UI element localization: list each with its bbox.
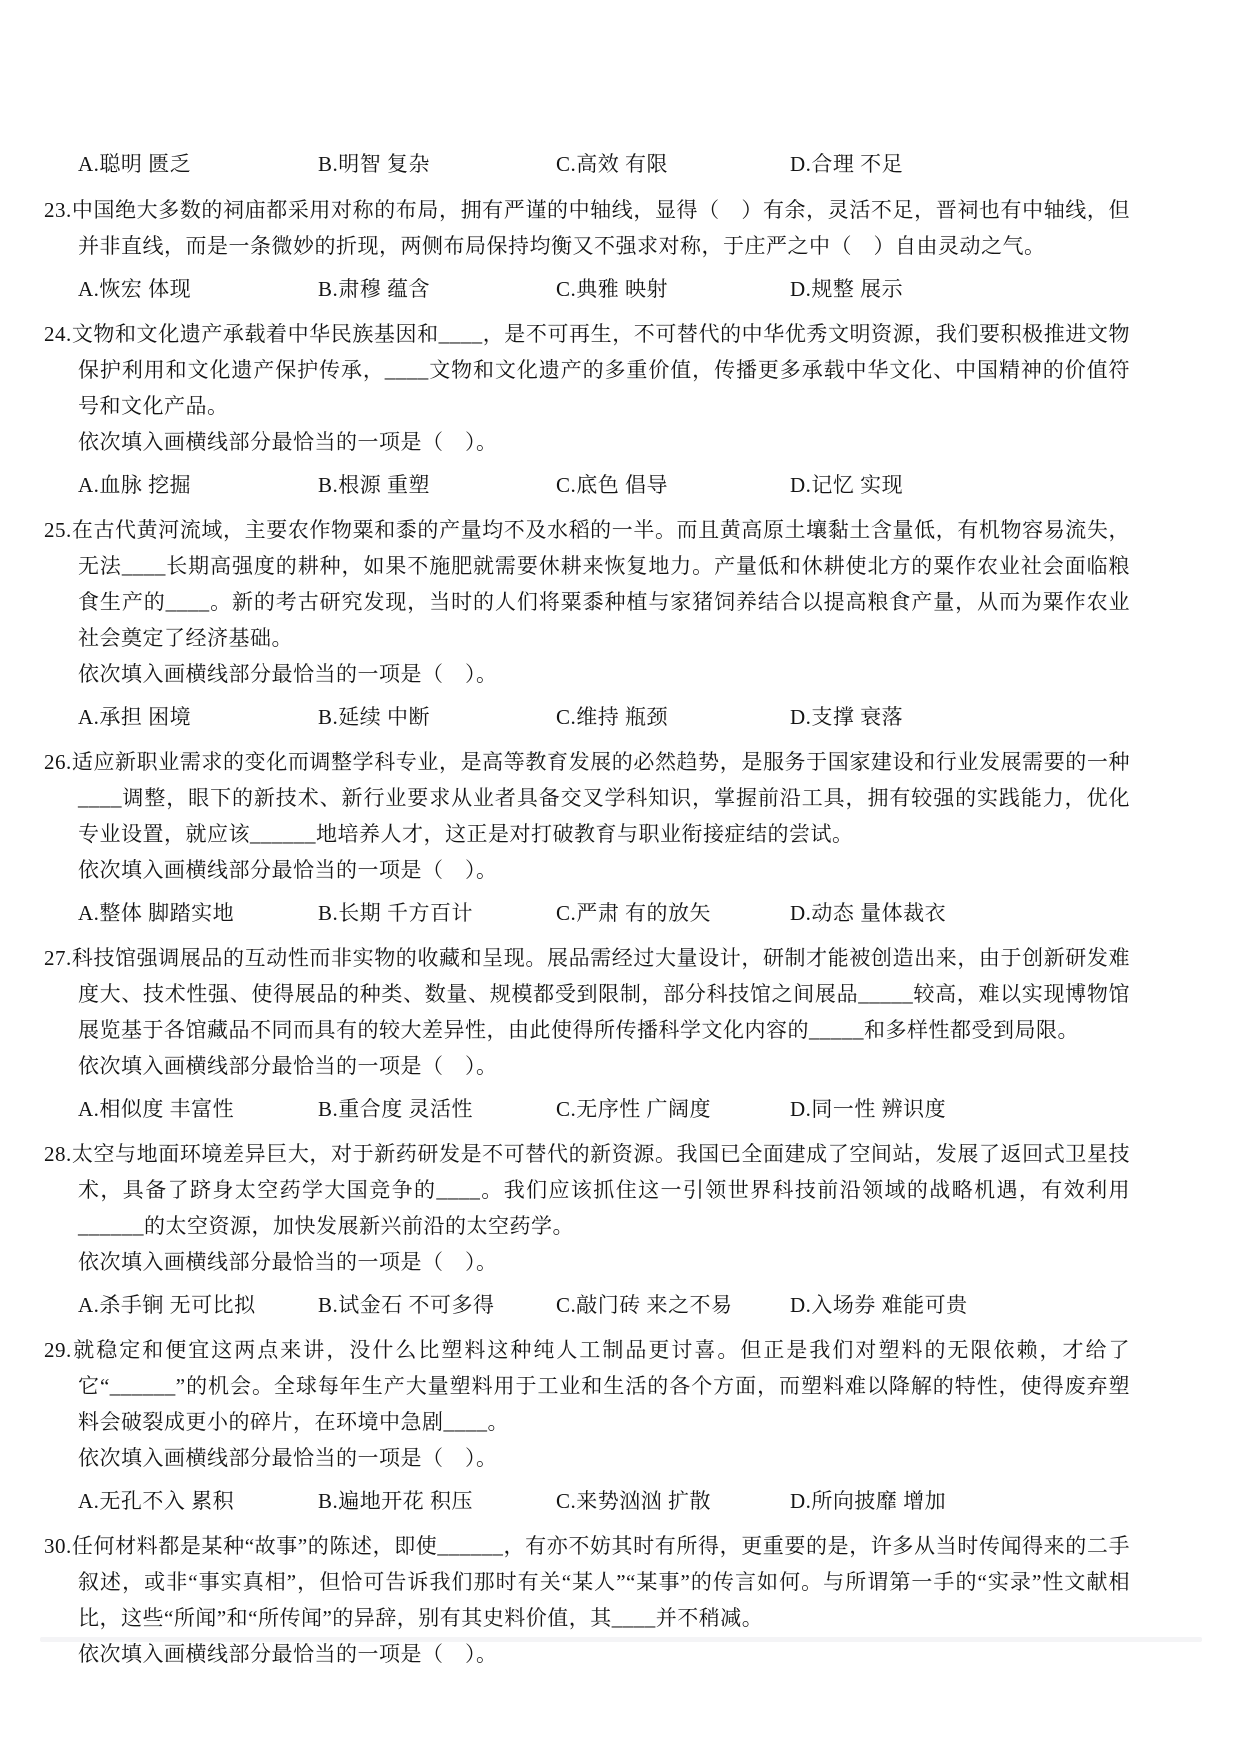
option-d: D.记忆 实现 (790, 471, 1130, 499)
question-body: 科技馆强调展品的互动性而非实物的收藏和呈现。展品需经过大量设计，研制才能被创造出… (72, 946, 1130, 1042)
fill-prompt: 依次填入画横线部分最恰当的一项是（ ）。 (44, 1048, 1130, 1084)
option-b: B.遍地开花 积压 (318, 1487, 556, 1515)
question-body: 就稳定和便宜这两点来讲，没什么比塑料这种纯人工制品更讨喜。但正是我们对塑料的无限… (72, 1338, 1130, 1434)
fill-prompt: 依次填入画横线部分最恰当的一项是（ ）。 (44, 656, 1130, 692)
question-text: 26.适应新职业需求的变化而调整学科专业，是高等教育发展的必然趋势，是服务于国家… (44, 744, 1130, 852)
option-b: B.长期 千方百计 (318, 899, 556, 927)
question-body: 中国绝大多数的祠庙都采用对称的布局，拥有严谨的中轴线，显得（ ）有余，灵活不足，… (72, 198, 1130, 258)
option-d: D.入场券 难能可贵 (790, 1291, 1130, 1319)
question-text: 29.就稳定和便宜这两点来讲，没什么比塑料这种纯人工制品更讨喜。但正是我们对塑料… (44, 1332, 1130, 1440)
options-row: A.恢宏 体现 B.肃穆 蕴含 C.典雅 映射 D.规整 展示 (44, 275, 1130, 303)
option-b: B.根源 重塑 (318, 471, 556, 499)
option-b: B.明智 复杂 (318, 150, 556, 178)
options-row: A.整体 脚踏实地 B.长期 千方百计 C.严肃 有的放矢 D.动态 量体裁衣 (44, 899, 1130, 927)
fill-prompt: 依次填入画横线部分最恰当的一项是（ ）。 (44, 1440, 1130, 1476)
question-24: 24.文物和文化遗产承载着中华民族基因和____，是不可再生，不可替代的中华优秀… (44, 316, 1130, 499)
question-number: 28. (44, 1142, 72, 1166)
option-a: A.无孔不入 累积 (78, 1487, 318, 1515)
question-30: 30.任何材料都是某种“故事”的陈述，即使______，有亦不妨其时有所得，更重… (44, 1528, 1130, 1672)
option-a: A.承担 困境 (78, 703, 318, 731)
question-27: 27.科技馆强调展品的互动性而非实物的收藏和呈现。展品需经过大量设计，研制才能被… (44, 940, 1130, 1123)
option-a: A.杀手锏 无可比拟 (78, 1291, 318, 1319)
options-row: A.承担 困境 B.延续 中断 C.维持 瓶颈 D.支撑 衰落 (44, 703, 1130, 731)
question-number: 29. (44, 1338, 72, 1362)
option-b: B.重合度 灵活性 (318, 1095, 556, 1123)
options-row: A.相似度 丰富性 B.重合度 灵活性 C.无序性 广阔度 D.同一性 辨识度 (44, 1095, 1130, 1123)
exam-page: A.聪明 匮乏 B.明智 复杂 C.高效 有限 D.合理 不足 23.中国绝大多… (0, 0, 1240, 1754)
question-text: 24.文物和文化遗产承载着中华民族基因和____，是不可再生，不可替代的中华优秀… (44, 316, 1130, 424)
question-body: 文物和文化遗产承载着中华民族基因和____，是不可再生，不可替代的中华优秀文明资… (72, 322, 1130, 418)
question-body: 任何材料都是某种“故事”的陈述，即使______，有亦不妨其时有所得，更重要的是… (72, 1534, 1130, 1630)
option-b: B.肃穆 蕴含 (318, 275, 556, 303)
question-23: 23.中国绝大多数的祠庙都采用对称的布局，拥有严谨的中轴线，显得（ ）有余，灵活… (44, 192, 1130, 303)
option-d: D.规整 展示 (790, 275, 1130, 303)
question-body: 适应新职业需求的变化而调整学科专业，是高等教育发展的必然趋势，是服务于国家建设和… (72, 750, 1130, 846)
option-a: A.血脉 挖掘 (78, 471, 318, 499)
question-text: 30.任何材料都是某种“故事”的陈述，即使______，有亦不妨其时有所得，更重… (44, 1528, 1130, 1636)
option-c: C.无序性 广阔度 (556, 1095, 790, 1123)
option-c: C.底色 倡导 (556, 471, 790, 499)
option-c: C.严肃 有的放矢 (556, 899, 790, 927)
fill-prompt: 依次填入画横线部分最恰当的一项是（ ）。 (44, 1244, 1130, 1280)
option-c: C.典雅 映射 (556, 275, 790, 303)
option-c: C.敲门砖 来之不易 (556, 1291, 790, 1319)
options-row: A.杀手锏 无可比拟 B.试金石 不可多得 C.敲门砖 来之不易 D.入场券 难… (44, 1291, 1130, 1319)
options-row-q22: A.聪明 匮乏 B.明智 复杂 C.高效 有限 D.合理 不足 (44, 150, 1130, 178)
question-number: 23. (44, 198, 72, 222)
option-b: B.延续 中断 (318, 703, 556, 731)
question-text: 23.中国绝大多数的祠庙都采用对称的布局，拥有严谨的中轴线，显得（ ）有余，灵活… (44, 192, 1130, 264)
question-text: 27.科技馆强调展品的互动性而非实物的收藏和呈现。展品需经过大量设计，研制才能被… (44, 940, 1130, 1048)
question-28: 28.太空与地面环境差异巨大，对于新药研发是不可替代的新资源。我国已全面建成了空… (44, 1136, 1130, 1319)
question-text: 25.在古代黄河流域，主要农作物粟和黍的产量均不及水稻的一半。而且黄高原土壤黏土… (44, 512, 1130, 656)
option-a: A.聪明 匮乏 (78, 150, 318, 178)
question-29: 29.就稳定和便宜这两点来讲，没什么比塑料这种纯人工制品更讨喜。但正是我们对塑料… (44, 1332, 1130, 1515)
option-d: D.支撑 衰落 (790, 703, 1130, 731)
options-row: A.无孔不入 累积 B.遍地开花 积压 C.来势汹汹 扩散 D.所向披靡 增加 (44, 1487, 1130, 1515)
exam-content: A.聪明 匮乏 B.明智 复杂 C.高效 有限 D.合理 不足 23.中国绝大多… (44, 150, 1130, 1676)
question-number: 27. (44, 946, 72, 970)
question-number: 25. (44, 518, 72, 542)
option-d: D.所向披靡 增加 (790, 1487, 1130, 1515)
option-a: A.整体 脚踏实地 (78, 899, 318, 927)
question-body: 太空与地面环境差异巨大，对于新药研发是不可替代的新资源。我国已全面建成了空间站，… (72, 1142, 1130, 1238)
option-d: D.同一性 辨识度 (790, 1095, 1130, 1123)
option-a: A.相似度 丰富性 (78, 1095, 318, 1123)
fill-prompt: 依次填入画横线部分最恰当的一项是（ ）。 (44, 852, 1130, 888)
option-d: D.动态 量体裁衣 (790, 899, 1130, 927)
question-number: 30. (44, 1534, 72, 1558)
question-25: 25.在古代黄河流域，主要农作物粟和黍的产量均不及水稻的一半。而且黄高原土壤黏土… (44, 512, 1130, 731)
option-d: D.合理 不足 (790, 150, 1130, 178)
options-row: A.血脉 挖掘 B.根源 重塑 C.底色 倡导 D.记忆 实现 (44, 471, 1130, 499)
page-divider (40, 1637, 1202, 1642)
question-26: 26.适应新职业需求的变化而调整学科专业，是高等教育发展的必然趋势，是服务于国家… (44, 744, 1130, 927)
option-c: C.高效 有限 (556, 150, 790, 178)
question-number: 24. (44, 322, 72, 346)
option-c: C.维持 瓶颈 (556, 703, 790, 731)
question-body: 在古代黄河流域，主要农作物粟和黍的产量均不及水稻的一半。而且黄高原土壤黏土含量低… (72, 518, 1130, 650)
question-number: 26. (44, 750, 72, 774)
option-c: C.来势汹汹 扩散 (556, 1487, 790, 1515)
fill-prompt: 依次填入画横线部分最恰当的一项是（ ）。 (44, 424, 1130, 460)
option-a: A.恢宏 体现 (78, 275, 318, 303)
question-text: 28.太空与地面环境差异巨大，对于新药研发是不可替代的新资源。我国已全面建成了空… (44, 1136, 1130, 1244)
option-b: B.试金石 不可多得 (318, 1291, 556, 1319)
